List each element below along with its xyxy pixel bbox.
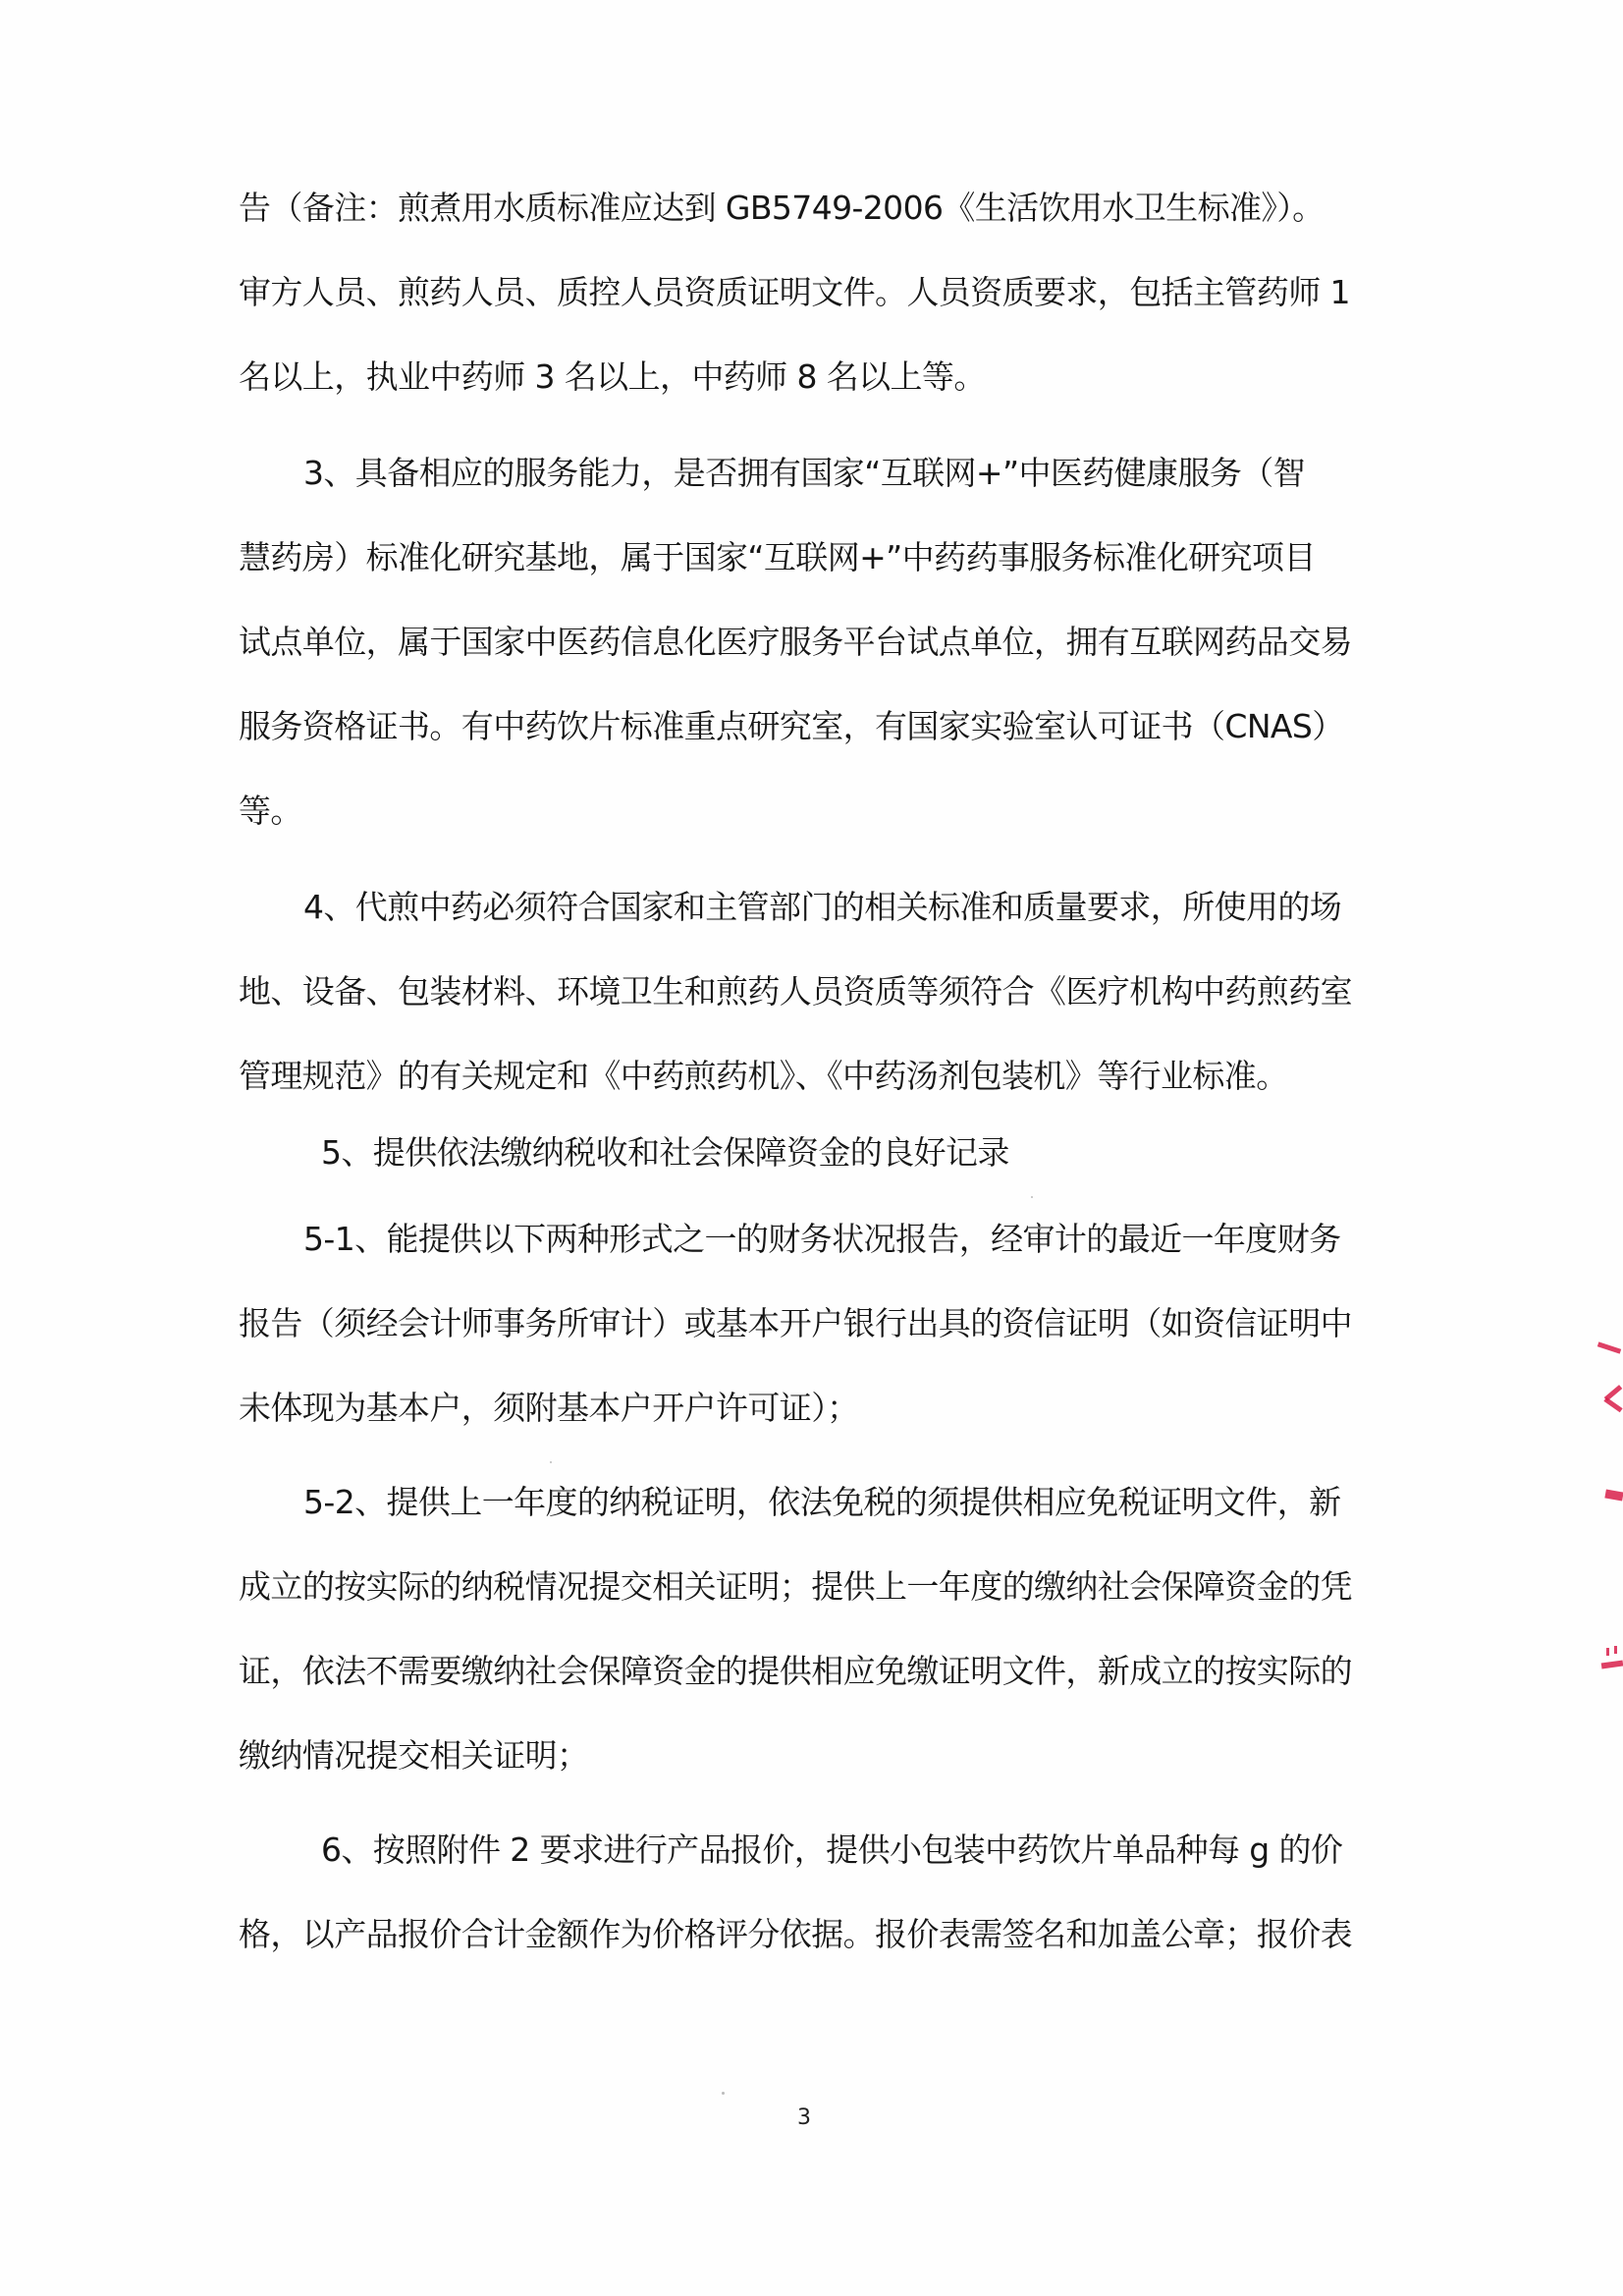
text-line: 地、设备、包装材料、环境卫生和煎药人员资质等须符合《医疗机构中药煎药室 xyxy=(239,970,1352,1013)
seal-stamp-edge xyxy=(1594,1345,1623,1689)
text-line: 慧药房）标准化研究基地，属于国家“互联网+”中药药事服务标准化研究项目 xyxy=(239,536,1316,579)
text-line: 名以上，执业中药师 3 名以上，中药师 8 名以上等。 xyxy=(239,355,986,399)
page-number: 3 xyxy=(797,2105,811,2130)
text-line: 格，以产品报价合计金额作为价格评分依据。报价表需签名和加盖公章；报价表 xyxy=(239,1913,1352,1956)
text-line: 未体现为基本户，须附基本户开户许可证）； xyxy=(239,1387,859,1430)
item-5-2-heading-line: 5-2、提供上一年度的纳税证明，依法免税的须提供相应免税证明文件，新 xyxy=(303,1481,1341,1524)
scan-speck xyxy=(722,2092,725,2095)
scan-speck xyxy=(550,1461,552,1463)
text-line: 管理规范》的有关规定和《中药煎药机》、《中药汤剂包装机》等行业标准。 xyxy=(239,1055,1288,1098)
text-line: 审方人员、煎药人员、质控人员资质证明文件。人员资质要求，包括主管药师 1 xyxy=(239,271,1350,314)
text-line: 等。 xyxy=(239,790,302,833)
item-4-heading-line: 4、代煎中药必须符合国家和主管部门的相关标准和质量要求，所使用的场 xyxy=(303,886,1341,929)
text-line: 证，依法不需要缴纳社会保障资金的提供相应免缴证明文件，新成立的按实际的 xyxy=(239,1650,1352,1693)
item-6-heading-line: 6、按照附件 2 要求进行产品报价，提供小包装中药饮片单品种每 g 的价 xyxy=(321,1829,1342,1872)
item-5-heading: 5、提供依法缴纳税收和社会保障资金的良好记录 xyxy=(321,1131,1009,1175)
text-line: 报告（须经会计师事务所审计）或基本开户银行出具的资信证明（如资信证明中 xyxy=(239,1302,1352,1345)
text-line: 成立的按实际的纳税情况提交相关证明；提供上一年度的缴纳社会保障资金的凭 xyxy=(239,1565,1352,1609)
document-page: 告（备注：煎煮用水质标准应达到 GB5749-2006《生活饮用水卫生标准》）。… xyxy=(0,0,1623,2296)
scan-speck xyxy=(1031,1196,1033,1198)
text-line: 告（备注：煎煮用水质标准应达到 GB5749-2006《生活饮用水卫生标准》）。 xyxy=(239,187,1325,230)
item-5-1-heading-line: 5-1、能提供以下两种形式之一的财务状况报告，经审计的最近一年度财务 xyxy=(303,1218,1341,1261)
text-line: 试点单位，属于国家中医药信息化医疗服务平台试点单位，拥有互联网药品交易 xyxy=(239,621,1352,664)
item-3-heading-line: 3、具备相应的服务能力，是否拥有国家“互联网+”中医药健康服务（智 xyxy=(303,452,1305,495)
text-line: 服务资格证书。有中药饮片标准重点研究室，有国家实验室认可证书（CNAS） xyxy=(239,705,1344,748)
text-line: 缴纳情况提交相关证明； xyxy=(239,1734,588,1777)
